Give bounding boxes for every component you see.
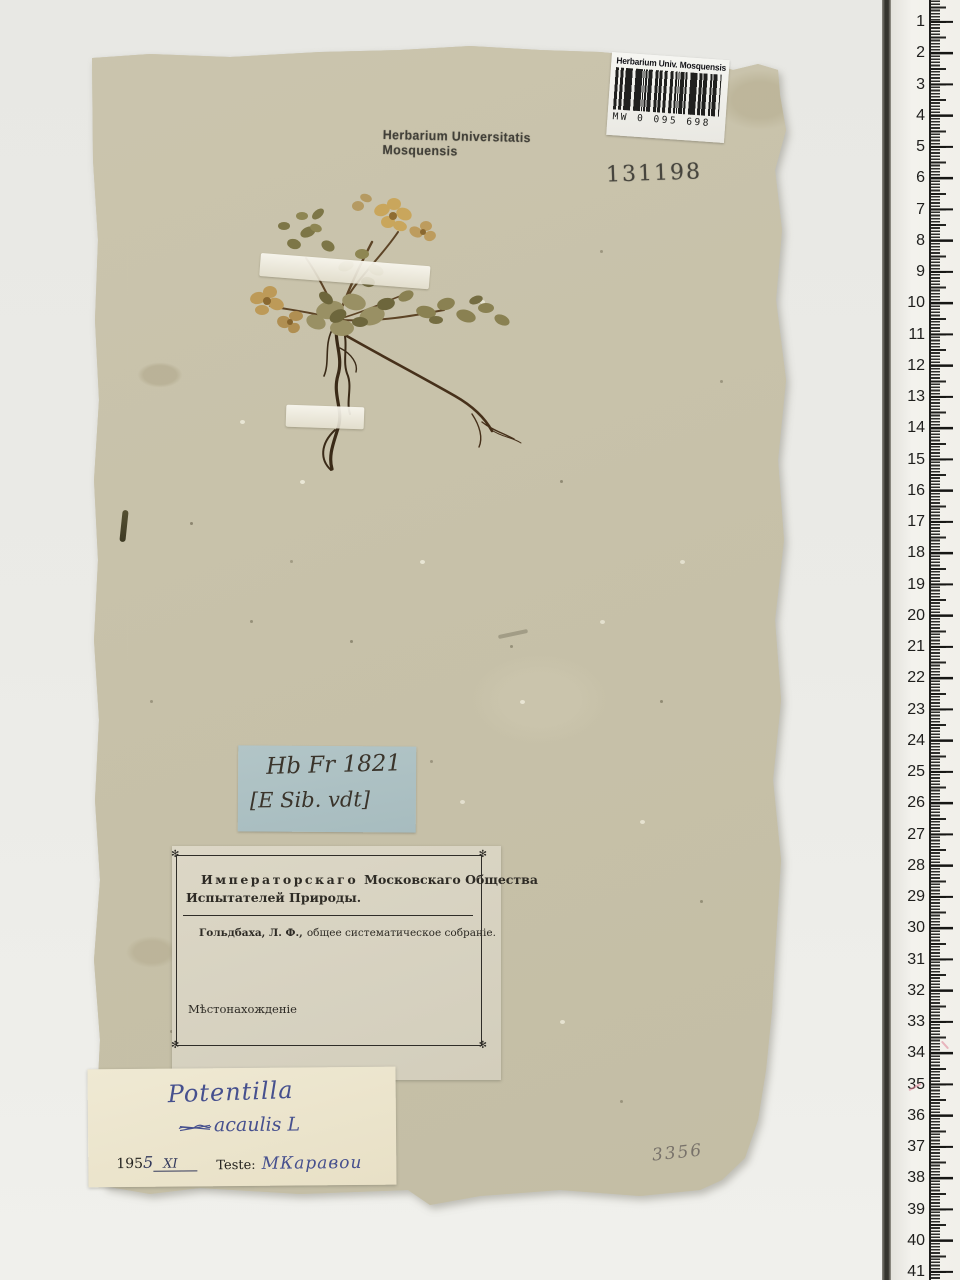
ruler-body: 1234567891011121314151617181920212223242… [891,0,960,1280]
ruler-number: 33 [893,1012,925,1032]
year-printed: 195 [116,1156,143,1172]
paper-streak-mark [498,629,528,639]
ruler-number: 22 [893,668,925,688]
ruler-number: 31 [893,950,925,970]
ruler-number: 29 [893,887,925,907]
determination-label: Potentilla acaulis L 1955XI Teste:МКарав… [87,1067,396,1188]
scale-ruler: 1234567891011121314151617181920212223242… [882,0,960,1280]
ruler-number: 17 [893,512,925,532]
ruler-number: 1 [893,12,925,32]
printed-society-label: ✻ ✻ ✻ ✻ ИмператорскагоМосковскаго Общест… [172,846,501,1080]
ruler-number: 11 [893,325,925,345]
ruler-number: 12 [893,356,925,376]
ruler-number: 30 [893,918,925,938]
location-caption: Мѣстонахожденіе [188,1002,297,1016]
ruler-number: 41 [893,1262,925,1280]
ruler-number: 36 [893,1106,925,1126]
ruler-number: 8 [893,231,925,251]
ruler-number: 7 [893,200,925,220]
blue-collection-label: Hb Fr 1821 [E Sib. vdt] [238,745,417,832]
ruler-number: 26 [893,793,925,813]
ruler-number: 13 [893,387,925,407]
ruler-number: 19 [893,575,925,595]
ruler-number: 24 [893,731,925,751]
teste-caption: Teste: [216,1158,255,1173]
mounting-tape-strip [286,405,365,430]
species-handwriting: acaulis L [180,1113,300,1136]
ruler-number: 40 [893,1231,925,1251]
pressed-plant-specimen [220,170,540,480]
ruler-number: 4 [893,106,925,126]
ruler-number: 20 [893,606,925,626]
ruler-number: 25 [893,762,925,782]
ruler-number: 6 [893,168,925,188]
ruler-number: 37 [893,1137,925,1157]
crossed-out-word [178,1122,212,1132]
teste-row: Teste:МКаравои [216,1153,362,1174]
ruler-number: 2 [893,43,925,63]
ruler-number: 21 [893,637,925,657]
accession-number-stamp: 131198 [606,159,703,187]
ruler-number: 32 [893,981,925,1001]
plant-debris-fragment [119,510,128,542]
label-divider-rule [183,915,473,916]
ruler-edge-line [882,0,891,1280]
corner-ornament-icon: ✻ [171,1041,179,1051]
ruler-number: 10 [893,293,925,313]
ruler-number: 18 [893,543,925,563]
ruler-number: 39 [893,1200,925,1220]
society-name-line2: Испытателей Природы. [186,890,361,905]
ruler-cm-ticks [931,0,953,1280]
paper-light-flecks [300,480,305,484]
ruler-number: 15 [893,450,925,470]
ruler-number: 14 [893,418,925,438]
barcode-icon [613,67,722,116]
ruler-number: 3 [893,75,925,95]
month-handwritten: XI [153,1157,197,1171]
herbarium-ink-stamp: Herbarium Universitatis Mosquensis [382,127,582,161]
ruler-number: 27 [893,825,925,845]
ruler-number: 34 [893,1043,925,1063]
society-name-line1: ИмператорскагоМосковскаго Общества [201,872,538,887]
teste-signature: МКаравои [262,1153,363,1174]
ruler-number: 5 [893,137,925,157]
ruler-number: 9 [893,262,925,282]
label-border-frame: ✻ ✻ ✻ ✻ ИмператорскагоМосковскаго Общест… [176,855,482,1046]
corner-ornament-icon: ✻ [479,1041,487,1051]
ruler-number: 16 [893,481,925,501]
corner-ornament-icon: ✻ [171,850,179,860]
ruler-number: 28 [893,856,925,876]
ruler-number: 23 [893,700,925,720]
barcode-label: Herbarium Univ. Mosquensis MW 0 095 698 [606,52,730,143]
year-handwritten-digit: 5 [143,1153,153,1172]
paper-dark-speckles [190,522,193,525]
genus-handwriting: Potentilla [167,1076,294,1108]
date-row: 1955XI [116,1152,197,1172]
blue-label-handwriting-line1: Hb Fr 1821 [266,750,402,780]
ruler-number: 38 [893,1168,925,1188]
collection-line: Гольдбаха, Л. Ф.,общее систематическое с… [199,927,496,939]
corner-ornament-icon: ✻ [479,850,487,860]
blue-label-handwriting-line2: [E Sib. vdt] [250,787,370,812]
